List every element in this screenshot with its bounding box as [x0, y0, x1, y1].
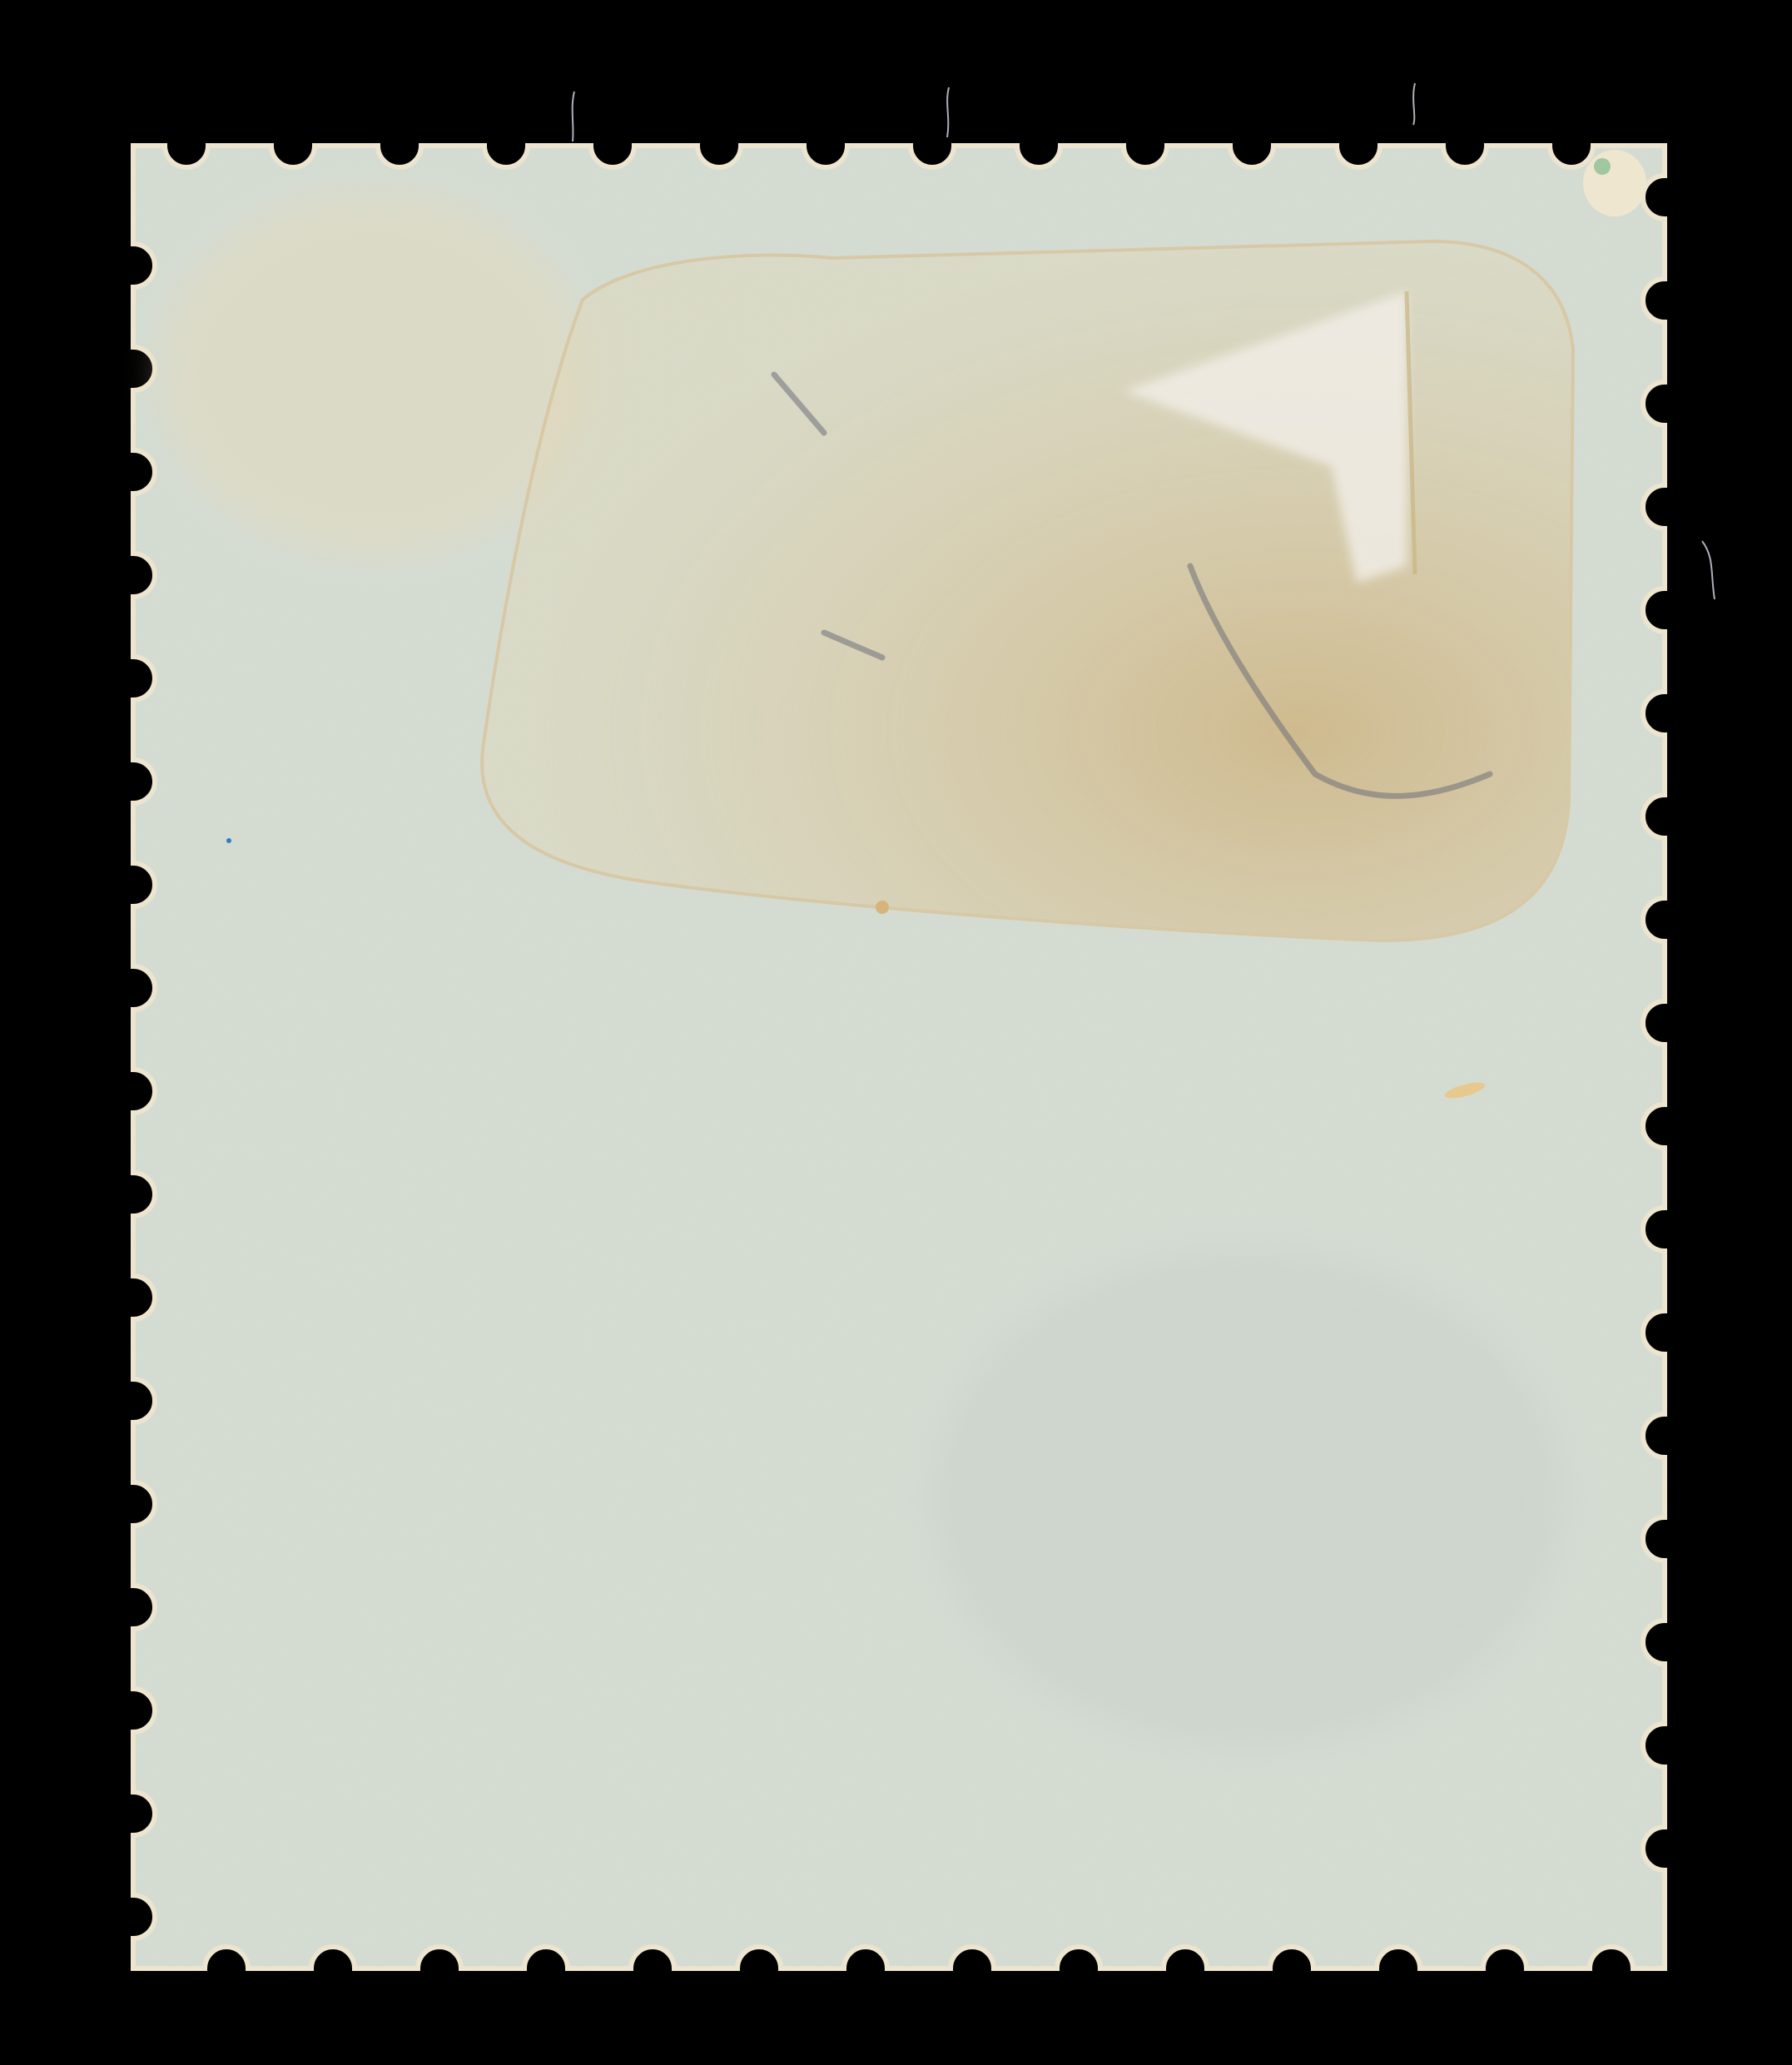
hinge-remnant — [482, 241, 1573, 941]
paper-shade — [932, 1248, 1565, 1748]
stamp-photo — [0, 0, 1792, 2065]
